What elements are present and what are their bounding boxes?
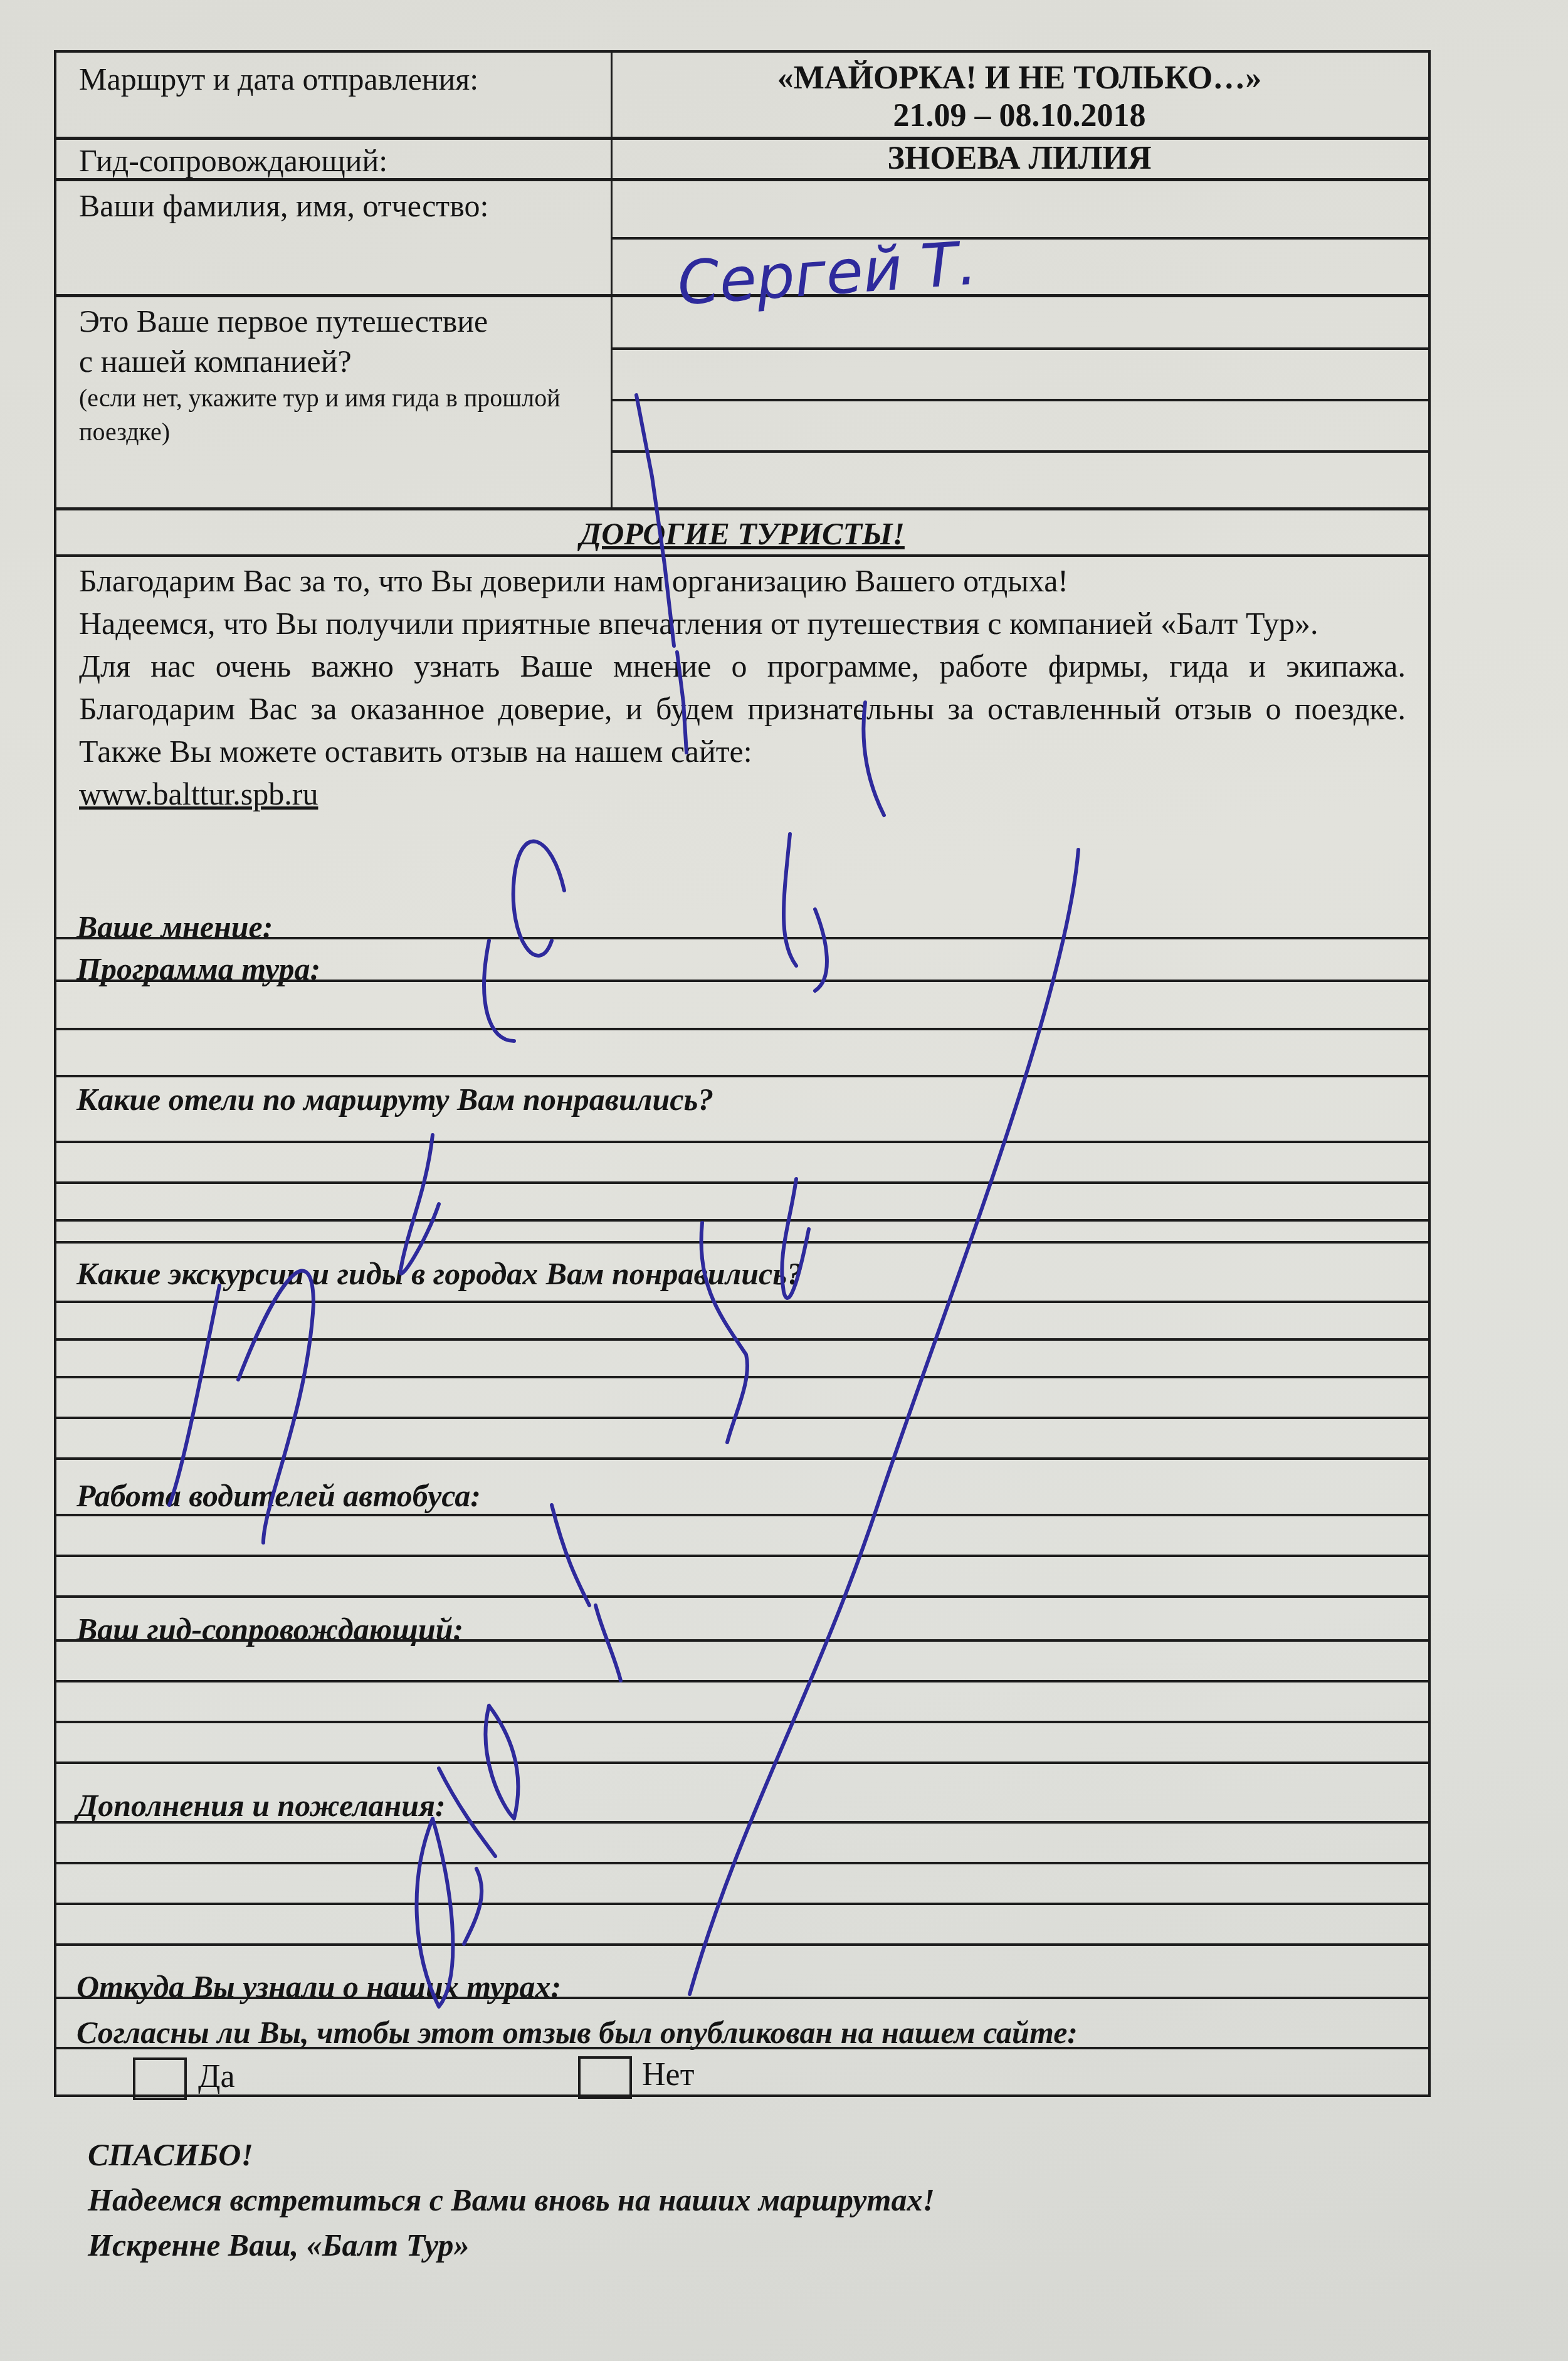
first-trip-line-2: с нашей компанией? [79, 341, 593, 381]
closing-thanks: СПАСИБО! [88, 2132, 935, 2177]
answer-line [56, 1762, 1428, 1764]
feedback-form: Маршрут и дата отправления: «МАЙОРКА! И … [54, 50, 1431, 2097]
closing-line-3: Искренне Ваш, «Балт Тур» [88, 2222, 935, 2268]
consent-no-label: Нет [642, 2056, 694, 2093]
closing-block: СПАСИБО! Надеемся встретиться с Вами вно… [88, 2132, 935, 2268]
answer-line [56, 1555, 1428, 1557]
route-label: Маршрут и дата отправления: [79, 59, 478, 99]
intro-p1: Благодарим Вас за то, что Вы доверили на… [79, 559, 1406, 602]
q-excursions: Какие экскурсии и гиды в городах Вам пон… [76, 1255, 802, 1292]
website-link[interactable]: www.balttur.spb.ru [79, 776, 318, 811]
answer-line [56, 1721, 1428, 1723]
answer-line [56, 937, 1428, 939]
first-trip-line-a [611, 347, 1428, 350]
answer-line [56, 1181, 1428, 1184]
answer-line [56, 1457, 1428, 1460]
q-source: Откуда Вы узнали о наших турах: [76, 1968, 561, 2005]
answer-line [56, 1680, 1428, 1682]
answer-line [56, 1821, 1428, 1824]
answer-line [56, 980, 1428, 982]
answer-line [56, 1075, 1428, 1077]
consent-yes-checkbox[interactable] [133, 2057, 187, 2100]
intro-p3: Для нас очень важно узнать Ваше мнение о… [79, 645, 1406, 773]
answer-line [56, 1241, 1428, 1244]
answer-line [56, 1639, 1428, 1642]
intro-p2: Надеемся, что Вы получили приятные впеча… [79, 602, 1406, 645]
consent-no-checkbox[interactable] [578, 2056, 632, 2099]
name-label: Ваши фамилия, имя, отчество: [79, 186, 488, 226]
consent-yes-label: Да [198, 2058, 235, 2095]
first-trip-label: Это Ваше первое путешествие с нашей комп… [79, 301, 593, 449]
answer-line [56, 1219, 1428, 1222]
q-hotels: Какие отели по маршруту Вам понравились? [76, 1081, 713, 1117]
column-divider [611, 53, 613, 510]
answer-line [56, 2047, 1428, 2049]
q-publish: Согласны ли Вы, чтобы этот отзыв был опу… [76, 2014, 1078, 2051]
intro-title: ДОРОГИЕ ТУРИСТЫ! [56, 515, 1428, 552]
guide-label: Гид-сопровождающий: [79, 140, 387, 181]
answer-line [56, 1903, 1428, 1905]
answer-line [56, 1376, 1428, 1378]
first-trip-line-b [611, 399, 1428, 401]
answer-line [56, 1997, 1428, 1999]
first-trip-line-c [611, 450, 1428, 453]
q-wishes: Дополнения и пожелания: [76, 1787, 446, 1824]
route-dates: 21.09 – 08.10.2018 [611, 94, 1428, 138]
name-answer-line [611, 237, 1428, 240]
answer-line [56, 1595, 1428, 1598]
answer-line [56, 1338, 1428, 1341]
answer-line [56, 1028, 1428, 1030]
answer-line [56, 1514, 1428, 1516]
answer-line [56, 1417, 1428, 1419]
closing-line-2: Надеемся встретиться с Вами вновь на наш… [88, 2177, 935, 2222]
first-trip-line-1: Это Ваше первое путешествие [79, 301, 593, 341]
guide-name: ЗНОЕВА ЛИЛИЯ [611, 137, 1428, 181]
answer-line [56, 1943, 1428, 1946]
first-trip-hint: (если нет, укажите тур и имя гида в прош… [79, 381, 593, 449]
answer-line [56, 1862, 1428, 1864]
intro-title-rule [56, 554, 1428, 557]
q-opinion: Ваше мнение: [76, 909, 273, 945]
answer-line [56, 1141, 1428, 1143]
q-guide: Ваш гид-сопровождающий: [76, 1611, 463, 1647]
answer-line [56, 1301, 1428, 1303]
q-drivers: Работа водителей автобуса: [76, 1477, 481, 1514]
intro-text: Благодарим Вас за то, что Вы доверили на… [79, 559, 1406, 815]
